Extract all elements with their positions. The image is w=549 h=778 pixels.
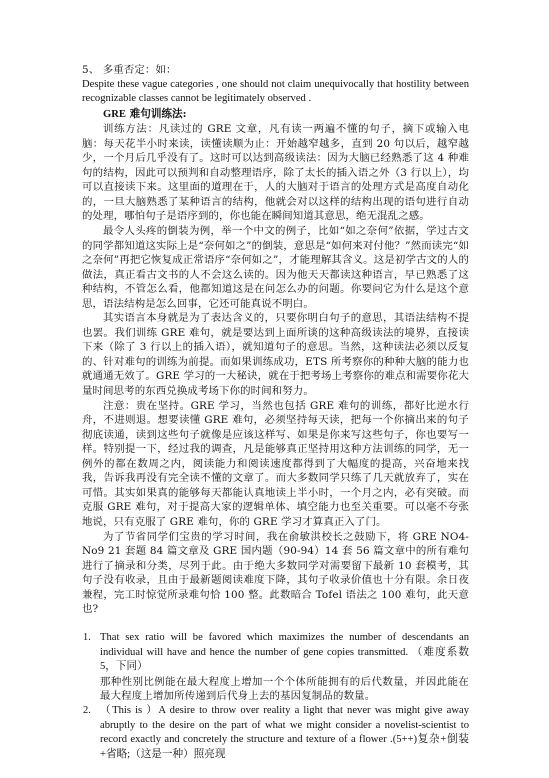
list-item: 1. That sex ratio will be favored which … [82, 631, 469, 704]
item-number: 2. [83, 704, 91, 719]
list-item: 2. （This is ）A desire to throw over real… [82, 704, 469, 762]
item-number: 1. [83, 631, 91, 646]
paragraph-collection: 为了节省同学们宝贵的学习时间，我在俞敏洪校长之鼓励下，将 GRE NO4-No9… [82, 530, 469, 617]
paragraph-inversion-example: 最令人头疼的倒装为例，举一个中文的例子，比如“如之奈何”依据，学过古文的同学都知… [82, 224, 469, 311]
training-heading: GRE 难句训练法: [82, 107, 469, 123]
spacer [82, 617, 469, 632]
item-english: That sex ratio will be favored which max… [100, 631, 469, 675]
heading-gre: GRE [103, 109, 126, 120]
document-page: 5、 多重否定：如： Despite these vague categorie… [82, 63, 469, 762]
item-chinese: 那种性别比例能在最大程度上增加一个个体所能拥有的后代数量，并因此能在最大程度上增… [100, 675, 469, 704]
paragraph-purpose: 其实语言本身就是为了表达含义的，只要你明白句子的意思，其语法结构不提也罢。我们训… [82, 311, 469, 398]
example-sentence: Despite these vague categories , one sho… [82, 78, 469, 107]
paragraph-persistence: 注意：贵在坚持。GRE 学习，当然也包括 GRE 难句的训练，都好比逆水行舟，不… [82, 399, 469, 530]
item-english: （This is ）A desire to throw over reality… [100, 704, 469, 762]
section-title: 5、 多重否定：如： [82, 63, 469, 78]
heading-zh: 难句训练法: [126, 108, 187, 120]
paragraph-method: 训练方法：凡读过的 GRE 文章，凡有读一两遍不懂的句子，摘下或输入电脑：每天花… [82, 122, 469, 224]
sentence-list: 1. That sex ratio will be favored which … [82, 631, 469, 762]
